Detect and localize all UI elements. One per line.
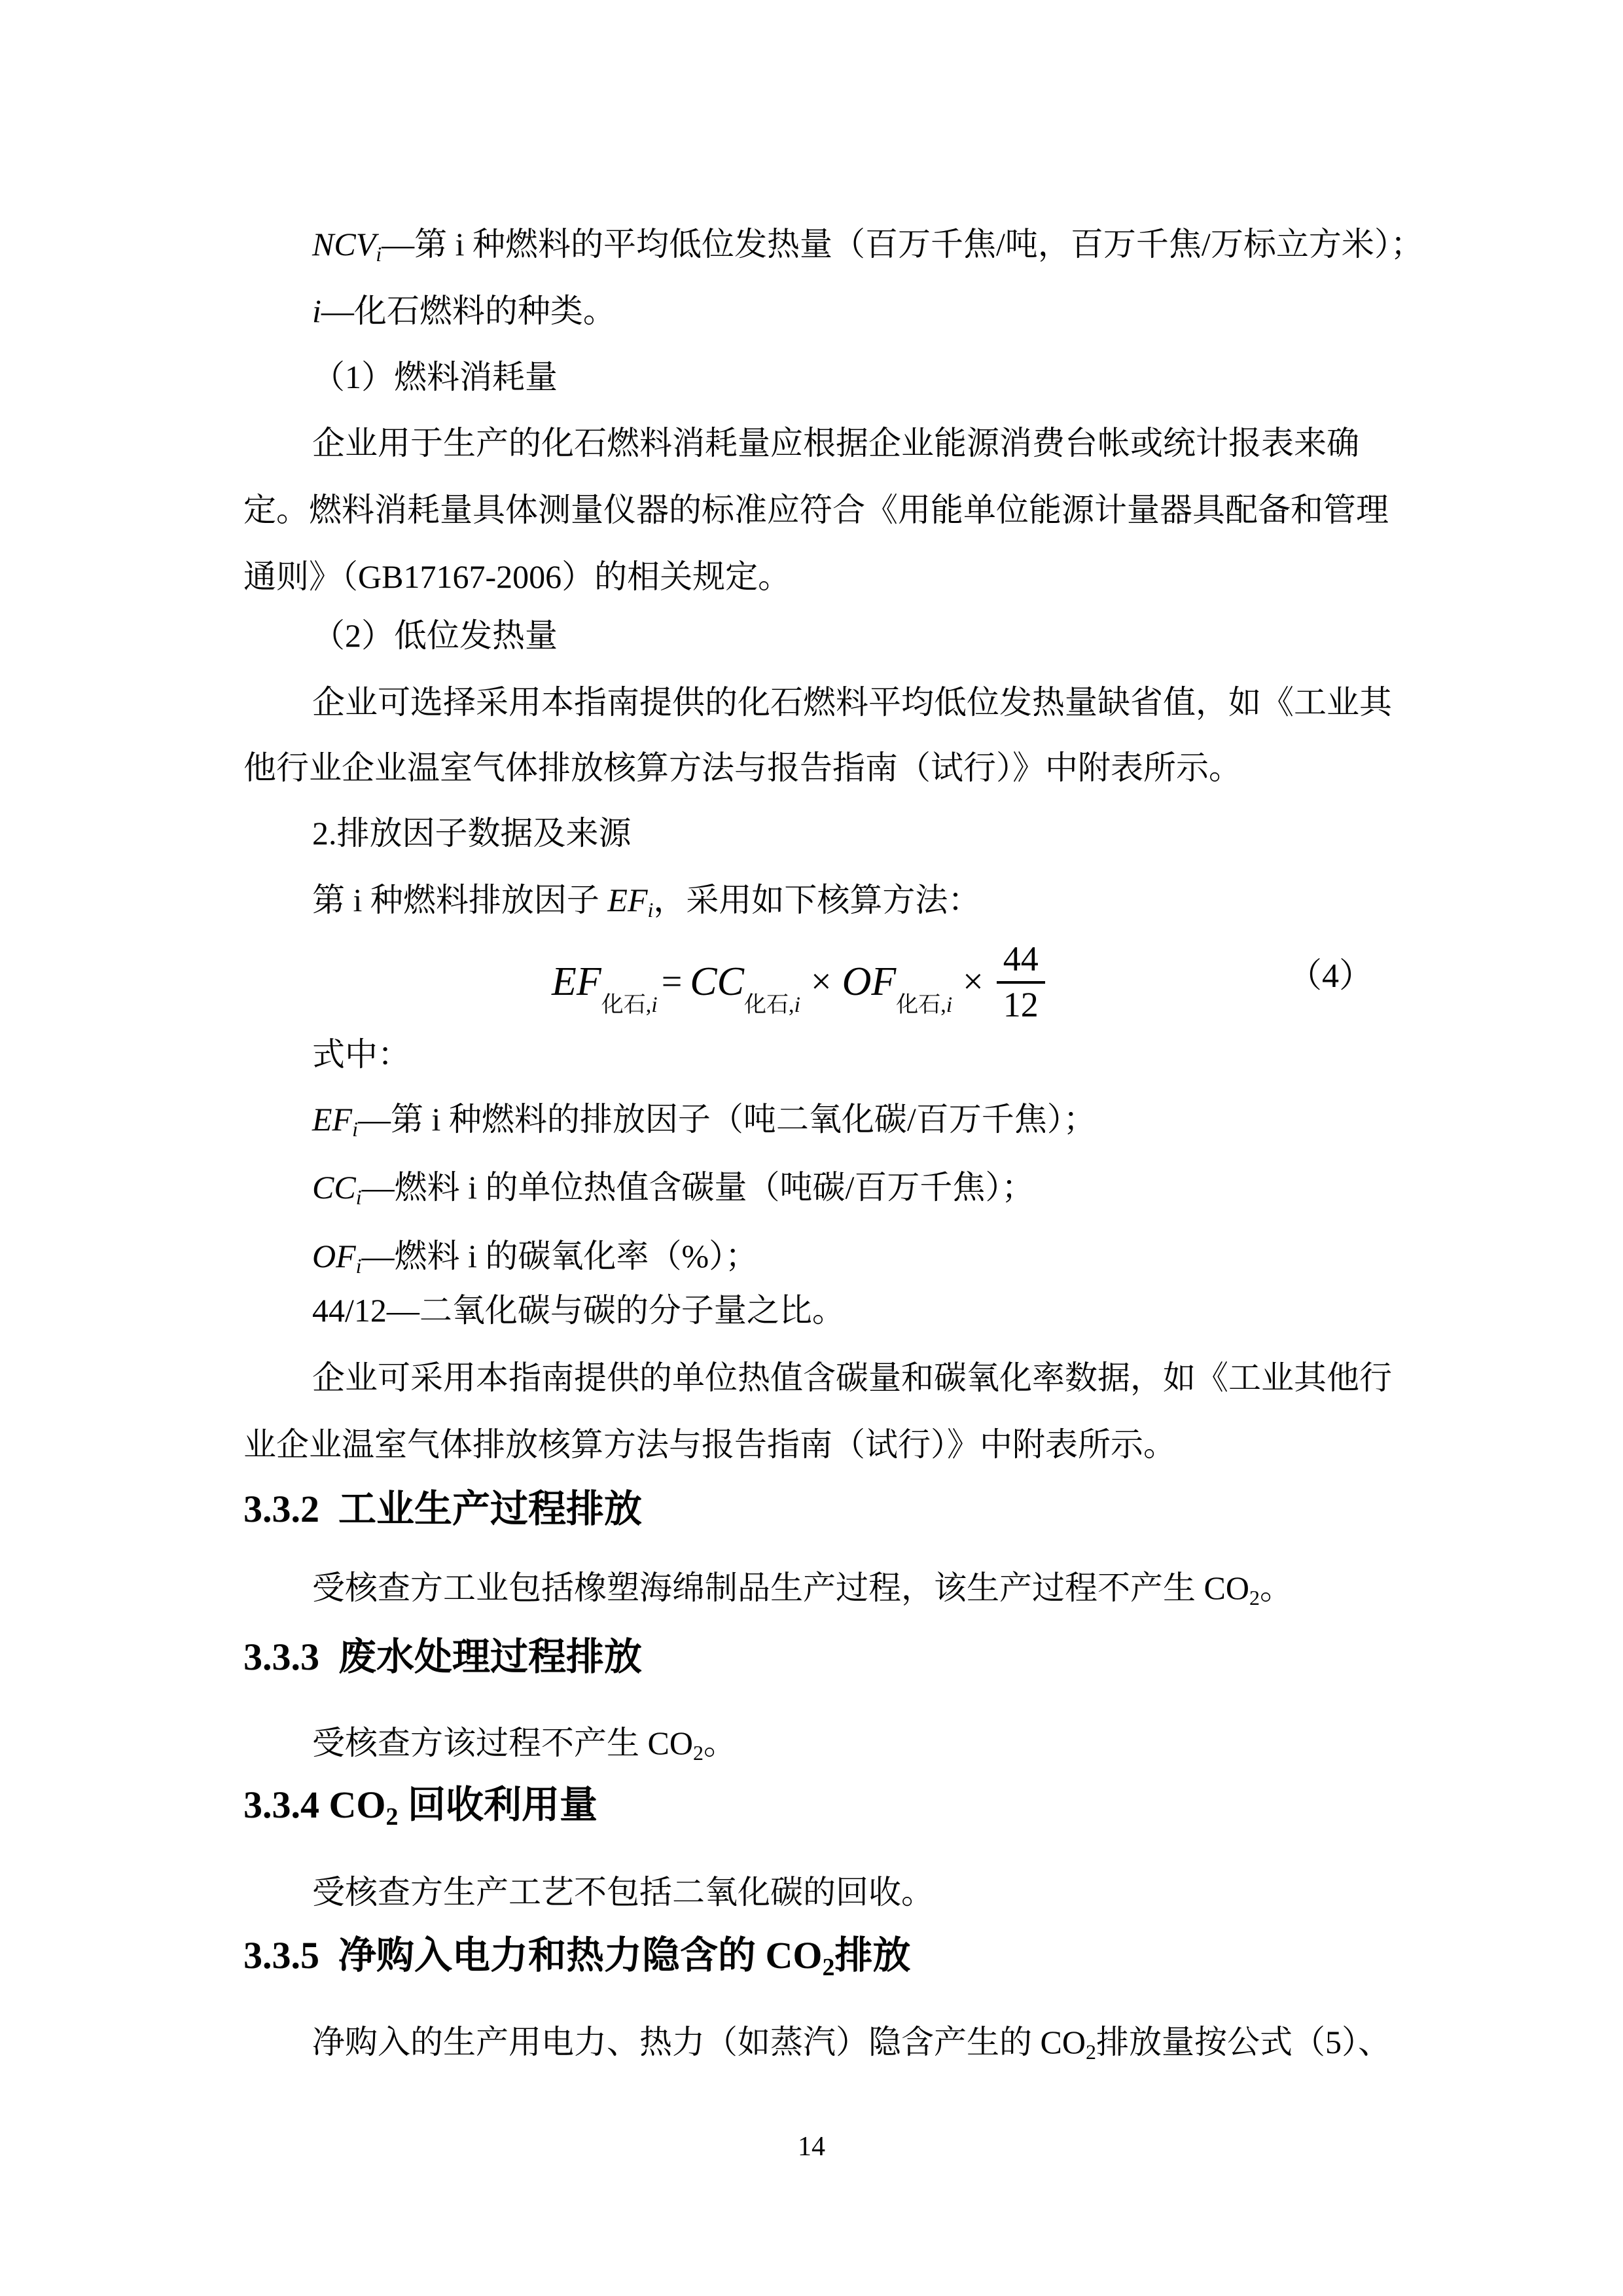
equation-term-of: OF化石,i [842,959,953,1005]
page-number: 14 [0,2131,1623,2162]
body-line-cc-definition: CCi—燃料 i 的单位热值含碳量（吨碳/百万千焦）； [312,1167,1034,1211]
body-line-paragraph: 他行业企业温室气体排放核算方法与报告指南（试行）》中附表所示。 [243,747,1241,788]
section-heading-3-3-3: 3.3.3 废水处理过程排放 [243,1634,642,1681]
equals-sign: = [658,961,690,1003]
section-heading-3-3-5: 3.3.5 净购入电力和热力隐含的 CO2排放 [243,1932,911,1984]
body-line-i-definition: i—化石燃料的种类。 [312,291,616,331]
body-line-where: 式中： [312,1034,410,1075]
equation-lhs: EF化石,i [552,959,658,1005]
equation-term-cc: CC化石,i [690,959,800,1005]
document-page: NCVi—第 i 种燃料的平均低位发热量（百万千焦/吨，百万千焦/万标立方米）；… [0,0,1623,2296]
section-heading-3-3-2: 3.3.2 工业生产过程排放 [243,1486,642,1533]
body-line-emission-factor-source: 2.排放因子数据及来源 [312,813,632,853]
body-line-ncv-definition: NCVi—第 i 种燃料的平均低位发热量（百万千焦/吨，百万千焦/万标立方米）； [312,224,1423,268]
body-line-paragraph: 定。燃料消耗量具体测量仪器的标准应符合《用能单位能源计量器具配备和管理 [243,490,1389,530]
body-line-paragraph: 企业用于生产的化石燃料消耗量应根据企业能源消费台帐或统计报表来确 [312,423,1359,463]
body-line-co2-recovery: 受核查方生产工艺不包括二氧化碳的回收。 [312,1872,934,1912]
body-line-paragraph: 业企业温室气体排放核算方法与报告指南（试行）》中附表所示。 [243,1424,1176,1465]
multiply-sign: × [952,961,994,1003]
body-line-industrial-process: 受核查方工业包括橡塑海绵制品生产过程，该生产过程不产生 CO2。 [312,1568,1293,1612]
section-heading-3-3-4: 3.3.4 CO2 回收利用量 [243,1782,597,1833]
body-line-paragraph: 企业可选择采用本指南提供的化石燃料平均低位发热量缺省值，如《工业其 [312,682,1392,723]
body-line-of-definition: OFi—燃料 i 的碳氧化率（%）； [312,1236,758,1280]
body-line-ef-method-intro: 第 i 种燃料排放因子 EFi，采用如下核算方法： [312,880,980,924]
body-line-item-2-heating-value: （2）低位发热量 [312,615,558,656]
equation-4: EF化石,i = CC化石,i × OF化石,i × 44 12 [552,920,1045,1044]
body-line-wastewater: 受核查方该过程不产生 CO2。 [312,1723,736,1767]
multiply-sign: × [800,961,842,1003]
body-line-paragraph: 企业可采用本指南提供的单位热值含碳量和碳氧化率数据，如《工业其他行 [312,1357,1392,1398]
body-line-ratio-definition: 44/12—二氧化碳与碳的分子量之比。 [312,1290,845,1331]
equation-number: （4） [1288,948,1373,997]
body-line-purchased-energy: 净购入的生产用电力、热力（如蒸汽）隐含产生的 CO2排放量按公式（5）、 [312,2022,1391,2066]
body-line-ef-definition: EFi—第 i 种燃料的排放因子（吨二氧化碳/百万千焦）； [312,1099,1096,1143]
fraction-numerator: 44 [997,939,1045,984]
fraction-denominator: 12 [1003,984,1039,1024]
fraction-44-12: 44 12 [997,939,1045,1025]
body-line-gb-standard: 通则》（GB17167-2006）的相关规定。 [243,556,791,597]
body-line-item-1-fuel-consumption: （1）燃料消耗量 [312,357,558,397]
